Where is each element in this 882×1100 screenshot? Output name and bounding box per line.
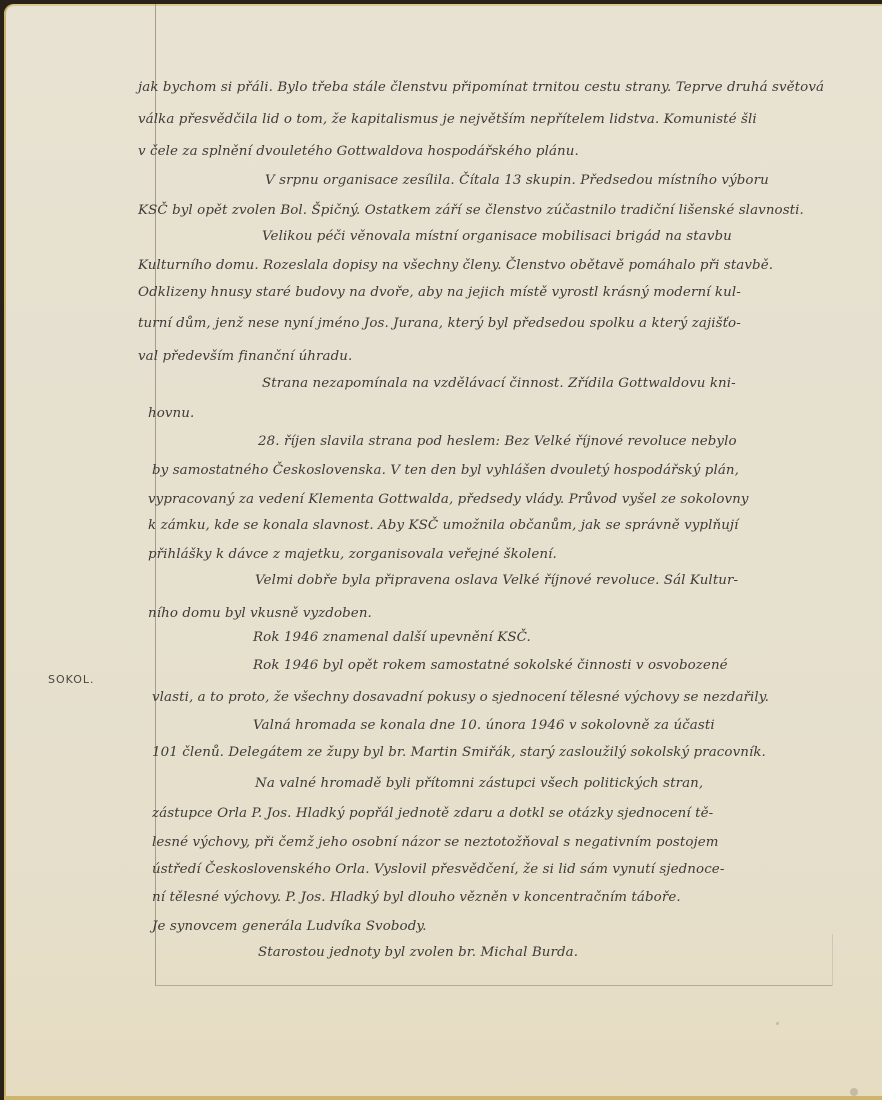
handwritten-line: vlasti, a to proto, že všechny dosavadní…	[152, 690, 769, 705]
handwritten-line: 28. říjen slavila strana pod heslem: Bez…	[258, 434, 737, 449]
handwritten-line: Velikou péči věnovala místní organisace …	[262, 229, 732, 244]
paper-speck	[776, 1022, 779, 1025]
handwritten-line: vypracovaný za vedení Klementa Gottwalda…	[148, 492, 749, 507]
handwritten-line: Starostou jednoty byl zvolen br. Michal …	[258, 945, 578, 960]
right-rule-fragment	[832, 934, 833, 986]
paper-stain	[850, 1088, 858, 1096]
handwritten-line: Rok 1946 byl opět rokem samostatné sokol…	[253, 658, 728, 673]
handwritten-line: turní dům, jenž nese nyní jméno Jos. Jur…	[138, 316, 741, 331]
handwritten-line: k zámku, kde se konala slavnost. Aby KSČ…	[148, 518, 739, 533]
handwritten-line: přihlášky k dávce z majetku, zorganisova…	[148, 547, 557, 562]
handwritten-line: v čele za splnění dvouletého Gottwaldova…	[138, 144, 579, 159]
margin-note-sokol: SOKOL.	[48, 673, 95, 686]
handwritten-line: val především finanční úhradu.	[138, 349, 352, 364]
handwritten-line: zástupce Orla P. Jos. Hladký popřál jedn…	[152, 806, 713, 821]
handwritten-line: Rok 1946 znamenal další upevnění KSČ.	[253, 630, 531, 645]
handwritten-line: lesné výchovy, při čemž jeho osobní názo…	[152, 835, 719, 850]
handwritten-line: 101 členů. Delegátem ze župy byl br. Mar…	[152, 745, 766, 760]
handwritten-line: V srpnu organisace zesílila. Čítala 13 s…	[265, 173, 769, 188]
bottom-rule-horizontal	[155, 985, 833, 986]
handwritten-line: válka přesvědčila lid o tom, že kapitali…	[138, 112, 757, 127]
handwritten-line: Valná hromada se konala dne 10. února 19…	[253, 718, 715, 733]
handwritten-line: Kulturního domu. Rozeslala dopisy na vše…	[138, 258, 773, 273]
handwritten-line: by samostatného Československa. V ten de…	[152, 463, 739, 478]
chronicle-page: SOKOL. jak bychom si přáli. Bylo třeba s…	[4, 4, 882, 1100]
handwritten-line: Je synovcem generála Ludvíka Svobody.	[152, 919, 427, 934]
handwritten-line: Strana nezapomínala na vzdělávací činnos…	[262, 376, 736, 391]
handwritten-line: Na valné hromadě byli přítomni zástupci …	[255, 776, 703, 791]
handwritten-line: ústředí Československého Orla. Vyslovil …	[152, 862, 724, 877]
handwritten-line: ní tělesné výchovy. P. Jos. Hladký byl d…	[152, 890, 681, 905]
handwritten-line: ního domu byl vkusně vyzdoben.	[148, 606, 372, 621]
handwritten-line: jak bychom si přáli. Bylo třeba stále čl…	[138, 80, 824, 95]
handwritten-line: Velmi dobře byla připravena oslava Velké…	[255, 573, 738, 588]
handwritten-line: Odklizeny hnusy staré budovy na dvoře, a…	[138, 285, 741, 300]
handwritten-line: hovnu.	[148, 406, 194, 421]
handwritten-line: KSČ byl opět zvolen Bol. Špičný. Ostatke…	[138, 203, 804, 218]
